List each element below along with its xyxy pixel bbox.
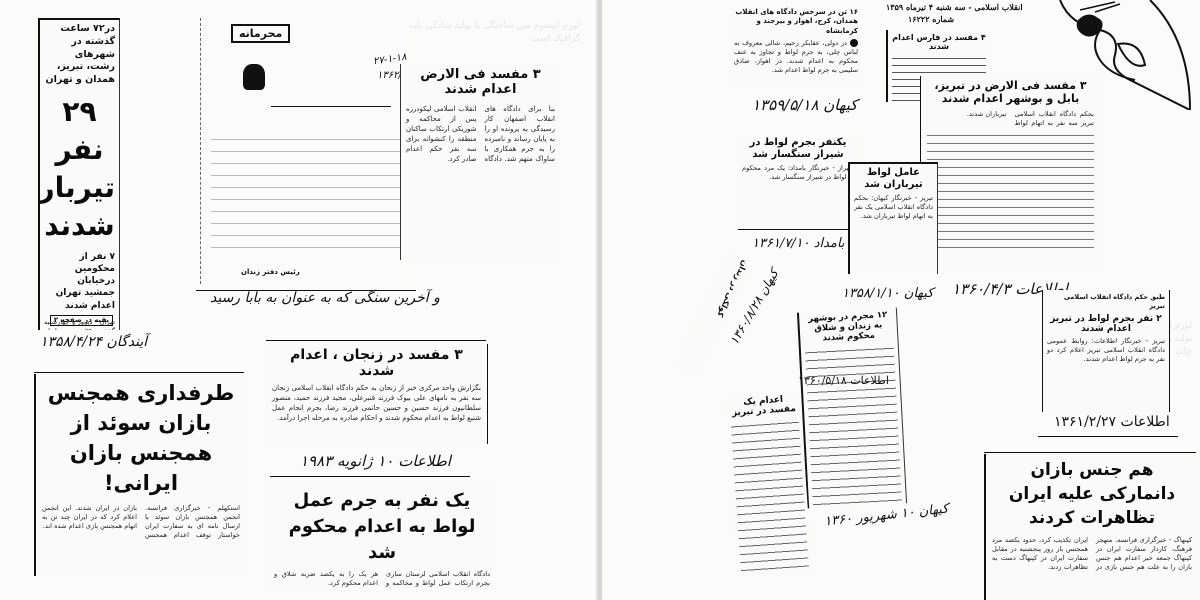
clipping-body: تبریز - خبرنگار اطلاعات: روابط عمومی داد… <box>1047 337 1165 364</box>
clipping-kicker: طبق حکم دادگاه انقلاب اسلامی تبریز <box>1047 293 1165 311</box>
clipping-one-person: یک نفر به جرم عمل لواط به اعدام محکوم شد… <box>268 484 496 594</box>
clipping-zanjan: ۳ مفسد در زنجان ، اعدام شدند بگزارش واحد… <box>266 344 488 444</box>
clipping-2-tabriz: طبق حکم دادگاه انقلاب اسلامی تبریز ۲ نفر… <box>1042 290 1170 412</box>
clipping-amel-lavat: عامل لواط تیرباران شد تبریز - خبرنگار کی… <box>848 162 938 274</box>
clipping-body: تبریز - خبرنگار کیهان: بحکم دادگاه انقلا… <box>854 194 933 221</box>
clipping-headline: عامل لواط تیرباران شد <box>854 167 933 190</box>
clipping-headline: ۳ مفسد فی الارض در تبریز، بابل و بوشهر ا… <box>927 80 1094 105</box>
handwritten-source: بامداد ۱۳۶۱/۷/۱۰ <box>752 236 845 251</box>
clipping-sweden-support: طرفداری همجنس بازان سوئد از همجنس بازان … <box>34 374 246 576</box>
confidential-stamp: محرمانه <box>231 24 290 43</box>
handwritten-source: اطلاعات ۱۳۶۱/۲/۲۷ <box>1054 414 1170 430</box>
clipping-tabriz-babol-bushehr: ۳ مفسد فی الارض در تبریز، بابل و بوشهر ا… <box>920 76 1100 272</box>
handwritten-source: کیهان ۱۳۵۹/۵/۱۸ <box>752 96 857 114</box>
clipping-tabriz-execution: اعدام یک مفسد در تبریز <box>726 392 812 577</box>
clipping-headline: ۳ مفسد فی الارض اعدام شدند <box>406 68 555 98</box>
emblem-icon <box>243 64 265 90</box>
clipping-headline: طرفداری همجنس بازان سوئد از همجنس بازان … <box>42 378 240 498</box>
clipping-body: شیراز - خبرنگار بامداد: یک مرد محکوم به … <box>742 164 854 182</box>
clipping-body: کپنهاگ - خبرگزاری فرانسه. متهجر فرهنگ، ک… <box>992 536 1192 572</box>
clipping-official-letter: محرمانه ۲۷-۱-۱۸ ۱۳۶۲/۶/۱۶ رئیس دفتر زندا… <box>200 18 410 284</box>
clipping-kayhan-list: ۱۶ تن در سرخس دادگاه های انقلاب همدان، ک… <box>730 6 862 90</box>
clipping-headline: ۱۲ مجرم در بوشهر به زندان و شلاق محکوم ش… <box>803 311 893 345</box>
clipping-body: در دولی، عقابکر رحیم، شالی معروف به لباس… <box>734 39 858 75</box>
issue-number: شماره ۱۶۲۲۲ <box>908 14 954 24</box>
clipping-body: استکهلم - خبرگزاری فرانسه. انجمن همجنس ب… <box>42 504 240 540</box>
handwritten-source: اطلاعات ۱۳۶۰/۵/۱۸ <box>798 374 889 387</box>
left-page: لورم ایپسوم متن ساختگی با تولید سادگی نا… <box>0 0 598 600</box>
clipping-body: بگزارش واحد مرکزی خبر از زنجان به حکم دا… <box>272 383 481 423</box>
handwritten-source: آیندگان ۱۳۵۸/۴/۲۴ <box>40 334 147 350</box>
clipping-headline: هم جنس بازان دانمارکی علیه ایران تظاهرات… <box>992 458 1192 530</box>
clipping-12-bushehr: ۱۲ مجرم در بوشهر به زندان و شلاق محکوم ش… <box>797 308 907 509</box>
clipping-denmark: هم جنس بازان دانمارکی علیه ایران تظاهرات… <box>984 454 1198 600</box>
clipping-kicker: ۱۶ تن در سرخس دادگاه های انقلاب همدان، ک… <box>734 8 858 36</box>
clipping-headline: ۴ مفسد در فارس اعدام شدند <box>892 33 986 51</box>
handwritten-source: اطلاعات ۱۰ ژانویه ۱۹۸۳ <box>300 452 451 470</box>
clipping-kicker: در۷۲ ساعت گذشته در شهرهای رشت، تبریز، هم… <box>44 23 115 87</box>
bullet-icon <box>850 39 858 47</box>
clipping-body: بحکم دادگاه انقلاب اسلامی تبریز سه نفر ب… <box>927 110 1094 128</box>
clipping-headline: ۳ مفسد در زنجان ، اعدام شدند <box>272 347 481 379</box>
right-page: لورم ایپسوم متن ساختگی با تولید سادگی نا… <box>602 0 1200 600</box>
masthead-note: انقلاب اسلامی - سه شنبه ۴ تیرماه ۱۳۵۹ <box>886 2 1023 12</box>
clipping-headline: ۲ نفر بجرم لواط در تبریز اعدام شدند <box>1047 314 1165 335</box>
clipping-subhead: ۷ نفر از محکومین درخیابان جمشید تهران اع… <box>44 251 115 312</box>
handwritten-source: کیهان ۱۳۵۸/۱/۱۰ <box>842 286 933 301</box>
clipping-headline: یکنفر بجرم لواط در شیراز سنگسار شد <box>742 137 854 160</box>
clipping-body: بنا برای دادگاه های انقلاب اصفهان کار رس… <box>406 104 555 164</box>
clipping-headline: ۲۹ نفر تیرباران شدند <box>44 93 115 245</box>
clipping-shiraz: یکنفر بجرم لواط در شیراز سنگسار شد شیراز… <box>738 134 858 230</box>
clipping-29-executed: در۷۲ ساعت گذشته در شهرهای رشت، تبریز، هم… <box>38 18 120 330</box>
body-filler <box>927 131 1094 251</box>
clipping-body: دادگاه انقلاب اسلامی لرستان ساری بجرم ار… <box>274 570 490 588</box>
body-filler <box>805 344 902 508</box>
letter-body <box>211 128 401 248</box>
body-filler <box>731 417 809 571</box>
handwritten-caption: و آخرین سنگی که به عنوان به بابا رسید <box>210 290 440 306</box>
clipping-headline: اعدام یک مفسد در تبریز <box>729 394 798 419</box>
letter-signature: رئیس دفتر زندان <box>241 268 300 277</box>
clipping-3-mofsed: ۳ مفسد فی الارض اعدام شدند بنا برای دادگ… <box>400 64 560 260</box>
clipping-headline: یک نفر به جرم عمل لواط به اعدام محکوم شد <box>274 488 490 566</box>
scanned-book-spread: لورم ایپسوم متن ساختگی با تولید سادگی نا… <box>0 0 1200 600</box>
continued-note: بقیه در صفحه ۲ <box>50 315 113 326</box>
